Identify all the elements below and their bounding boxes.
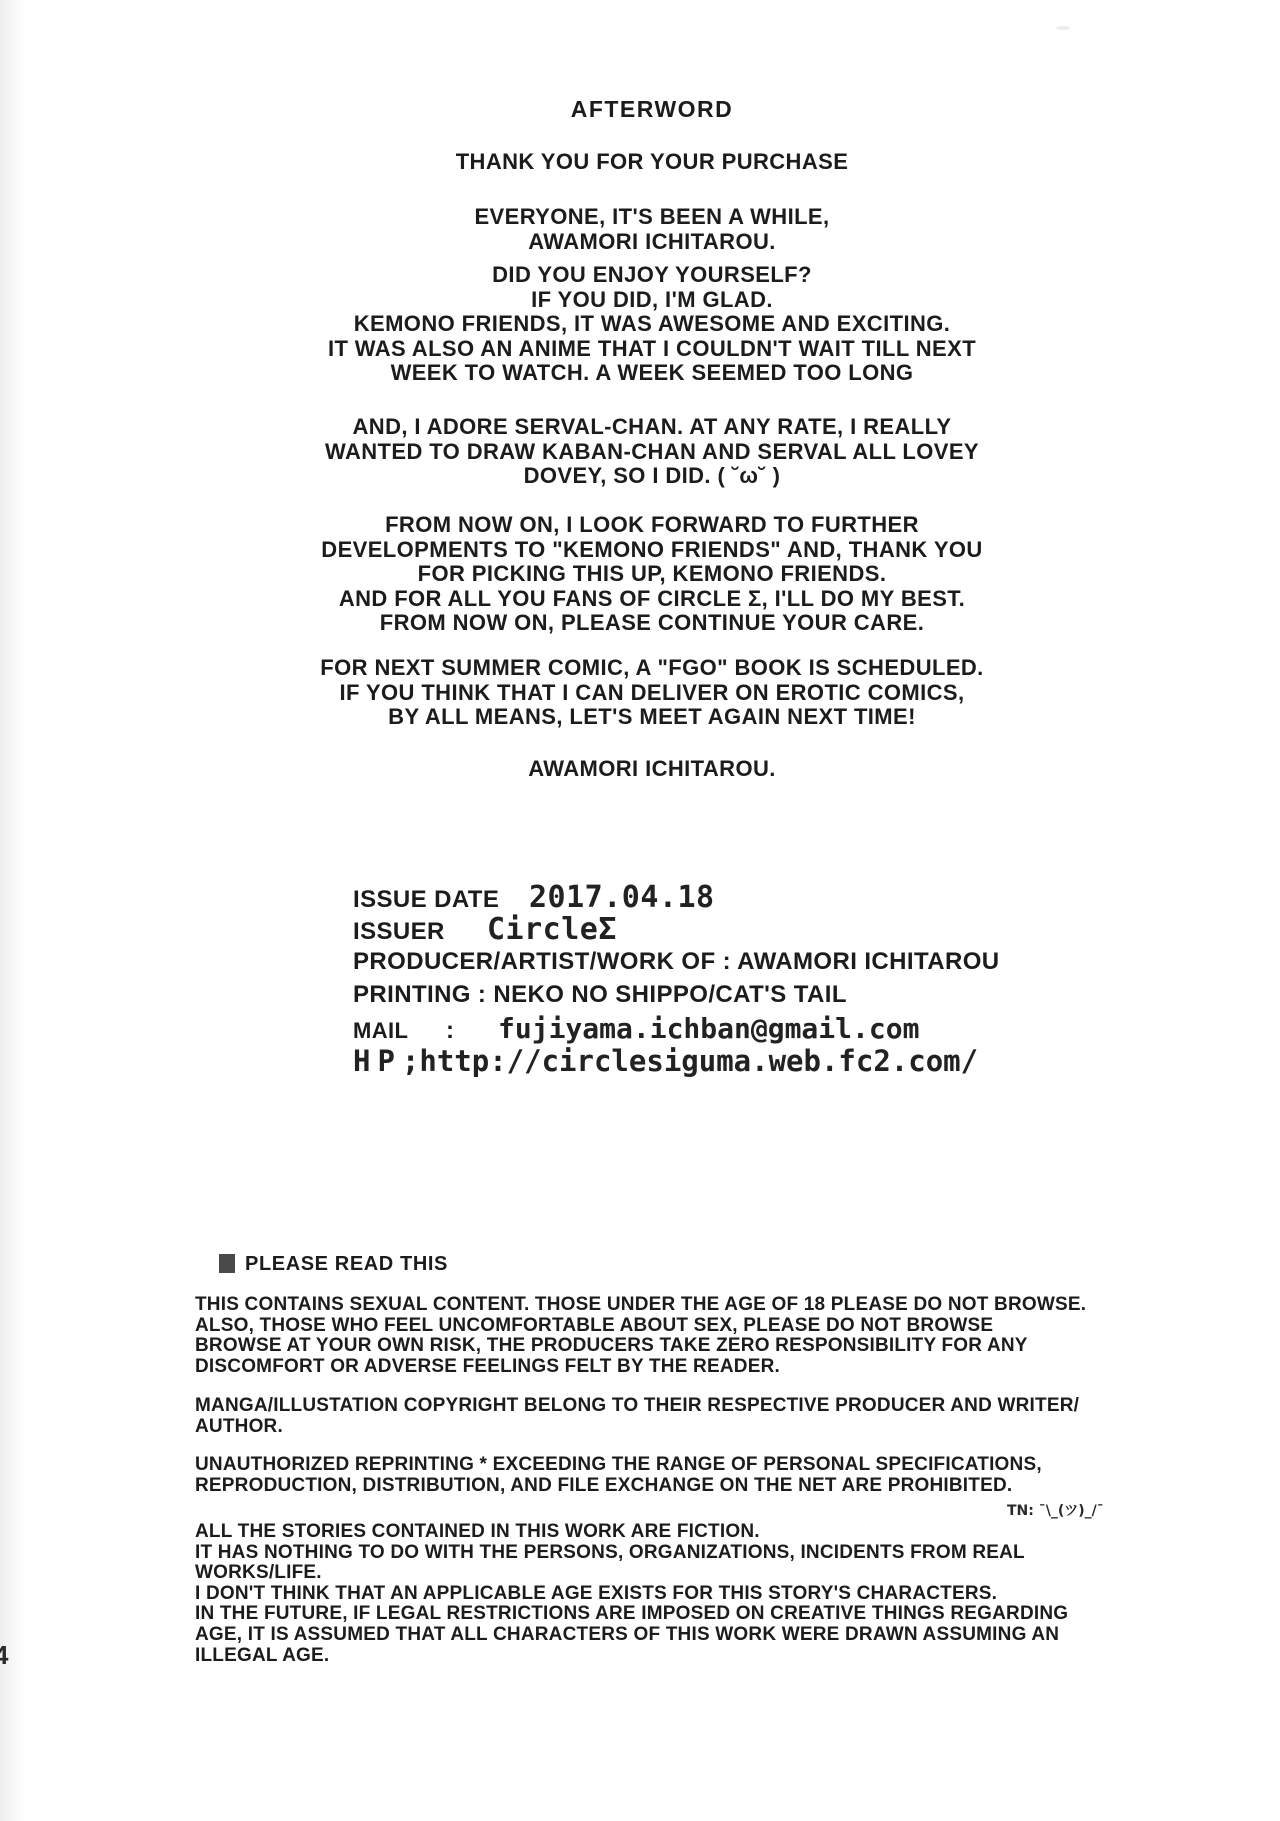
text-line: WANTED TO DRAW KABAN-CHAN AND SERVAL ALL…: [270, 440, 1034, 465]
notice-paragraph: MANGA/ILLUSTATION COPYRIGHT BELONG TO TH…: [195, 1396, 1155, 1437]
issuer-value: CircleΣ: [487, 912, 617, 947]
text-line: IF YOU DID, I'M GLAD.: [270, 288, 1034, 313]
text-line: ALSO, THOSE WHO FEEL UNCOMFORTABLE ABOUT…: [195, 1316, 1155, 1337]
text-line: BROWSE AT YOUR OWN RISK, THE PRODUCERS T…: [195, 1336, 1155, 1357]
homepage-url: ;http://circlesiguma.web.fc2.com/: [402, 1044, 978, 1078]
text-line: IT HAS NOTHING TO DO WITH THE PERSONS, O…: [195, 1543, 1155, 1564]
issue-date-value: 2017.04.18: [529, 880, 715, 915]
text-line: FOR NEXT SUMMER COMIC, A "FGO" BOOK IS S…: [270, 656, 1034, 681]
text-line: FROM NOW ON, PLEASE CONTINUE YOUR CARE.: [270, 611, 1034, 636]
text-line: KEMONO FRIENDS, IT WAS AWESOME AND EXCIT…: [270, 312, 1034, 337]
text-line: THIS CONTAINS SEXUAL CONTENT. THOSE UNDE…: [195, 1295, 1155, 1316]
mail-colon: :: [446, 1017, 498, 1045]
text-line: WORKS/LIFE.: [195, 1563, 1155, 1584]
text-line: FOR PICKING THIS UP, KEMONO FRIENDS.: [270, 562, 1034, 587]
scan-smudge: [1056, 26, 1070, 30]
afterword-paragraph: DID YOU ENJOY YOURSELF? IF YOU DID, I'M …: [270, 263, 1034, 386]
translator-note: TN: ¯\_(ツ)_/¯: [1007, 1500, 1104, 1520]
page-number: 4: [0, 1640, 8, 1671]
text-line: IT WAS ALSO AN ANIME THAT I COULDN'T WAI…: [270, 337, 1034, 362]
text-line: FROM NOW ON, I LOOK FORWARD TO FURTHER: [270, 513, 1034, 538]
text-line: THANK YOU FOR YOUR PURCHASE: [270, 150, 1034, 175]
notice-paragraph: UNAUTHORIZED REPRINTING * EXCEEDING THE …: [195, 1455, 1155, 1496]
notice-paragraph: ALL THE STORIES CONTAINED IN THIS WORK A…: [195, 1522, 1155, 1666]
text-line: DEVELOPMENTS TO "KEMONO FRIENDS" AND, TH…: [270, 538, 1034, 563]
issuer-label: ISSUER: [353, 918, 487, 946]
issue-date-row: ISSUE DATE2017.04.18: [353, 880, 715, 915]
text-line: ALL THE STORIES CONTAINED IN THIS WORK A…: [195, 1522, 1155, 1543]
text-line: AWAMORI ICHITAROU.: [270, 230, 1034, 255]
text-line: AGE, IT IS ASSUMED THAT ALL CHARACTERS O…: [195, 1625, 1155, 1646]
text-line: AWAMORI ICHITAROU.: [270, 757, 1034, 782]
afterword-signature: AWAMORI ICHITAROU.: [270, 757, 1034, 782]
text-line: IN THE FUTURE, IF LEGAL RESTRICTIONS ARE…: [195, 1604, 1155, 1625]
homepage-row: HP;http://circlesiguma.web.fc2.com/: [353, 1044, 978, 1078]
text-line: ILLEGAL AGE.: [195, 1646, 1155, 1667]
notice-heading-row: PLEASE READ THIS: [219, 1253, 448, 1276]
scan-edge-shadow: [0, 0, 26, 1821]
text-line: DID YOU ENJOY YOURSELF?: [270, 263, 1034, 288]
scanned-page: { "page": { "number": "4", "paper_color"…: [0, 0, 1280, 1821]
afterword-paragraph: AND, I ADORE SERVAL-CHAN. AT ANY RATE, I…: [270, 415, 1034, 489]
text-line: IF YOU THINK THAT I CAN DELIVER ON EROTI…: [270, 681, 1034, 706]
text-line: DISCOMFORT OR ADVERSE FEELINGS FELT BY T…: [195, 1357, 1155, 1378]
notice-paragraph: THIS CONTAINS SEXUAL CONTENT. THOSE UNDE…: [195, 1295, 1155, 1377]
issue-date-label: ISSUE DATE: [353, 886, 529, 914]
producer-line: PRODUCER/ARTIST/WORK OF : AWAMORI ICHITA…: [353, 948, 1000, 976]
text-line: MANGA/ILLUSTATION COPYRIGHT BELONG TO TH…: [195, 1396, 1155, 1417]
text-line: AND FOR ALL YOU FANS OF CIRCLE Σ, I'LL D…: [270, 587, 1034, 612]
text-line: DOVEY, SO I DID. ( ˘ω˘ ): [270, 464, 1034, 489]
afterword-title: AFTERWORD: [270, 96, 1034, 123]
homepage-prefix: HP: [353, 1044, 402, 1078]
afterword-paragraph: THANK YOU FOR YOUR PURCHASE: [270, 150, 1034, 175]
mail-row: MAIL:fujiyama.ichban@gmail.com: [353, 1012, 919, 1045]
issuer-row: ISSUERCircleΣ: [353, 912, 617, 947]
afterword-paragraph: EVERYONE, IT'S BEEN A WHILE, AWAMORI ICH…: [270, 205, 1034, 254]
afterword-paragraph: FOR NEXT SUMMER COMIC, A "FGO" BOOK IS S…: [270, 656, 1034, 730]
text-line: WEEK TO WATCH. A WEEK SEEMED TOO LONG: [270, 361, 1034, 386]
text-line: I DON'T THINK THAT AN APPLICABLE AGE EXI…: [195, 1584, 1155, 1605]
text-line: EVERYONE, IT'S BEEN A WHILE,: [270, 205, 1034, 230]
notice-heading: PLEASE READ THIS: [245, 1253, 448, 1275]
printing-line: PRINTING : NEKO NO SHIPPO/CAT'S TAIL: [353, 981, 847, 1009]
mail-label: MAIL: [353, 1018, 446, 1044]
text-line: AUTHOR.: [195, 1417, 1155, 1438]
text-line: REPRODUCTION, DISTRIBUTION, AND FILE EXC…: [195, 1476, 1155, 1497]
afterword-paragraph: FROM NOW ON, I LOOK FORWARD TO FURTHER D…: [270, 513, 1034, 636]
text-line: AND, I ADORE SERVAL-CHAN. AT ANY RATE, I…: [270, 415, 1034, 440]
mail-value: fujiyama.ichban@gmail.com: [498, 1012, 919, 1045]
text-line: BY ALL MEANS, LET'S MEET AGAIN NEXT TIME…: [270, 705, 1034, 730]
square-bullet-icon: [219, 1254, 235, 1273]
text-line: UNAUTHORIZED REPRINTING * EXCEEDING THE …: [195, 1455, 1155, 1476]
